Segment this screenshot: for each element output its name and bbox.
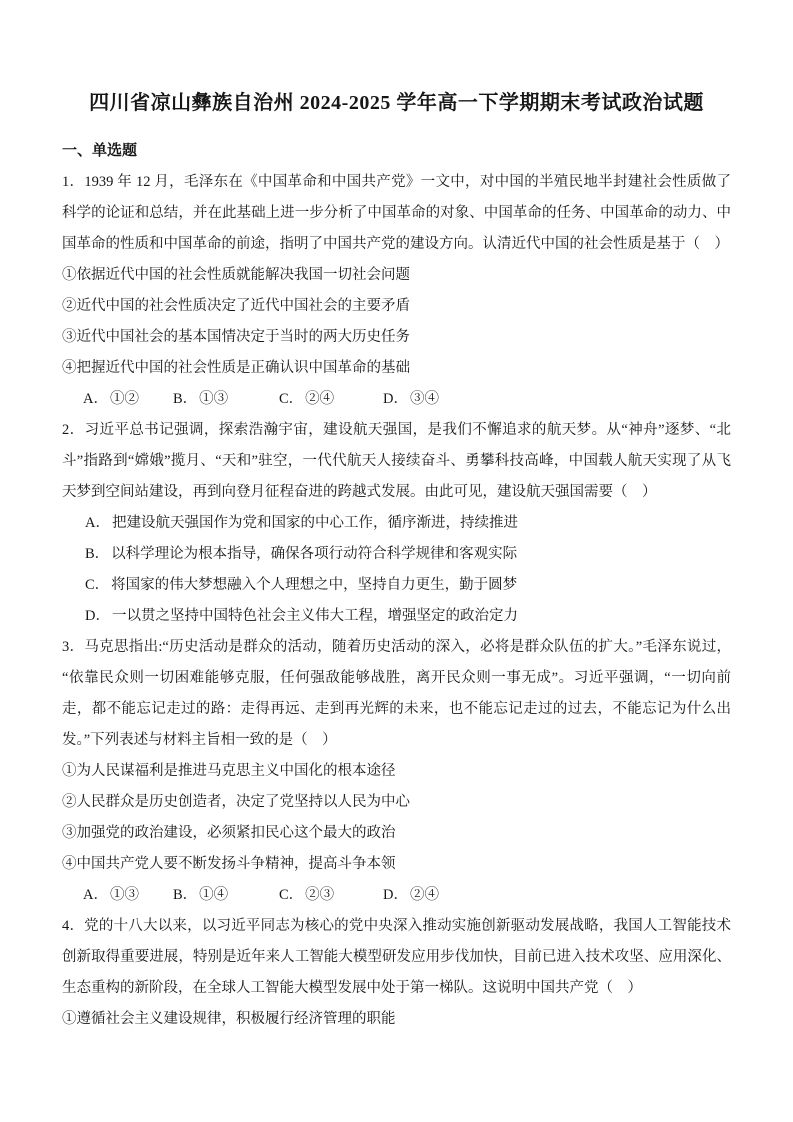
option-A: A．①③ bbox=[83, 880, 173, 911]
question-statement: ②人民群众是历史创造者，决定了党坚持以人民为中心 bbox=[62, 787, 731, 818]
question-statement: ②近代中国的社会性质决定了近代中国社会的主要矛盾 bbox=[62, 291, 731, 322]
option-text: ②④ bbox=[410, 887, 439, 903]
question-block: 4．党的十八大以来，以习近平同志为核心的党中央深入推动实施创新驱动发展战略，我国… bbox=[62, 911, 731, 1035]
question-stem: 4．党的十八大以来，以习近平同志为核心的党中央深入推动实施创新驱动发展战略，我国… bbox=[62, 911, 731, 1004]
question-statement: ①依据近代中国的社会性质就能解决我国一切社会问题 bbox=[62, 260, 731, 291]
question-statement: ①遵循社会主义建设规律，积极履行经济管理的职能 bbox=[62, 1004, 731, 1035]
option-label: D． bbox=[383, 391, 410, 407]
option-text: ①③ bbox=[110, 887, 139, 903]
page-title: 四川省凉山彝族自治州 2024-2025 学年高一下学期期末考试政治试题 bbox=[62, 88, 731, 118]
question-stem: 1．1939 年 12 月，毛泽东在《中国革命和中国共产党》一文中，对中国的半殖… bbox=[62, 167, 731, 260]
question-block: 1．1939 年 12 月，毛泽东在《中国革命和中国共产党》一文中，对中国的半殖… bbox=[62, 167, 731, 415]
question-stem-text: 习近平总书记强调，探索浩瀚宇宙，建设航天强国，是我们不懈追求的航天梦。从“神舟”… bbox=[62, 422, 731, 500]
option-D: D．③④ bbox=[383, 384, 439, 415]
option-C: C．将国家的伟大梦想融入个人理想之中，坚持自力更生，勤于圆梦 bbox=[62, 570, 731, 601]
question-number: 2． bbox=[62, 422, 85, 438]
question-number: 4． bbox=[62, 918, 84, 934]
option-text: ①③ bbox=[199, 391, 228, 407]
option-B: B．以科学理论为根本指导，确保各项行动符合科学规律和客观实际 bbox=[62, 539, 731, 570]
option-B: B．①④ bbox=[173, 880, 279, 911]
option-B: B．①③ bbox=[173, 384, 279, 415]
option-label: B． bbox=[173, 391, 199, 407]
option-A: A．把建设航天强国作为党和国家的中心工作，循序渐进，持续推进 bbox=[62, 508, 731, 539]
question-block: 2．习近平总书记强调，探索浩瀚宇宙，建设航天强国，是我们不懈追求的航天梦。从“神… bbox=[62, 415, 731, 632]
question-stem-text: 1939 年 12 月，毛泽东在《中国革命和中国共产党》一文中，对中国的半殖民地… bbox=[62, 174, 731, 252]
question-stem-text: 马克思指出:“历史活动是群众的活动，随着历史活动的深入，必将是群众队伍的扩大。”… bbox=[62, 639, 731, 748]
option-text: ②③ bbox=[305, 887, 334, 903]
option-text: ②④ bbox=[305, 391, 334, 407]
options-row: A．①③B．①④C．②③D．②④ bbox=[62, 880, 731, 911]
option-label: C． bbox=[279, 887, 305, 903]
question-statement: ④中国共产党人要不断发扬斗争精神，提高斗争本领 bbox=[62, 849, 731, 880]
question-number: 3． bbox=[62, 639, 84, 655]
option-D: D．一以贯之坚持中国特色社会主义伟大工程，增强坚定的政治定力 bbox=[62, 601, 731, 632]
section-heading: 一、单选题 bbox=[62, 136, 731, 167]
option-A: A．①② bbox=[83, 384, 173, 415]
option-text: ③④ bbox=[410, 391, 439, 407]
option-label: A． bbox=[83, 391, 110, 407]
option-label: A． bbox=[83, 887, 110, 903]
option-D: D．②④ bbox=[383, 880, 439, 911]
option-label: B． bbox=[173, 887, 199, 903]
question-statement: ③近代中国社会的基本国情决定于当时的两大历史任务 bbox=[62, 322, 731, 353]
options-row: A．①②B．①③C．②④D．③④ bbox=[62, 384, 731, 415]
option-text: 以科学理论为根本指导，确保各项行动符合科学规律和客观实际 bbox=[111, 546, 517, 562]
option-label: D． bbox=[383, 887, 410, 903]
option-text: 一以贯之坚持中国特色社会主义伟大工程，增强坚定的政治定力 bbox=[112, 608, 518, 624]
option-text: 把建设航天强国作为党和国家的中心工作，循序渐进，持续推进 bbox=[112, 515, 518, 531]
question-stem: 3．马克思指出:“历史活动是群众的活动，随着历史活动的深入，必将是群众队伍的扩大… bbox=[62, 632, 731, 756]
option-label: C． bbox=[279, 391, 305, 407]
question-block: 3．马克思指出:“历史活动是群众的活动，随着历史活动的深入，必将是群众队伍的扩大… bbox=[62, 632, 731, 911]
exam-page: 四川省凉山彝族自治州 2024-2025 学年高一下学期期末考试政治试题 一、单… bbox=[0, 0, 793, 1122]
option-label: C． bbox=[85, 577, 111, 593]
option-C: C．②③ bbox=[279, 880, 383, 911]
question-statement: ①为人民谋福利是推进马克思主义中国化的根本途径 bbox=[62, 756, 731, 787]
question-number: 1． bbox=[62, 174, 84, 190]
question-statement: ④把握近代中国的社会性质是正确认识中国革命的基础 bbox=[62, 353, 731, 384]
option-C: C．②④ bbox=[279, 384, 383, 415]
question-stem-text: 党的十八大以来，以习近平同志为核心的党中央深入推动实施创新驱动发展战略，我国人工… bbox=[62, 918, 731, 996]
question-list: 1．1939 年 12 月，毛泽东在《中国革命和中国共产党》一文中，对中国的半殖… bbox=[62, 167, 731, 1035]
question-stem: 2．习近平总书记强调，探索浩瀚宇宙，建设航天强国，是我们不懈追求的航天梦。从“神… bbox=[62, 415, 731, 508]
option-text: ①④ bbox=[199, 887, 228, 903]
option-label: A． bbox=[85, 515, 112, 531]
question-statement: ③加强党的政治建设，必须紧扣民心这个最大的政治 bbox=[62, 818, 731, 849]
option-label: B． bbox=[85, 546, 111, 562]
option-text: ①② bbox=[110, 391, 139, 407]
option-label: D． bbox=[85, 608, 112, 624]
option-text: 将国家的伟大梦想融入个人理想之中，坚持自力更生，勤于圆梦 bbox=[111, 577, 517, 593]
